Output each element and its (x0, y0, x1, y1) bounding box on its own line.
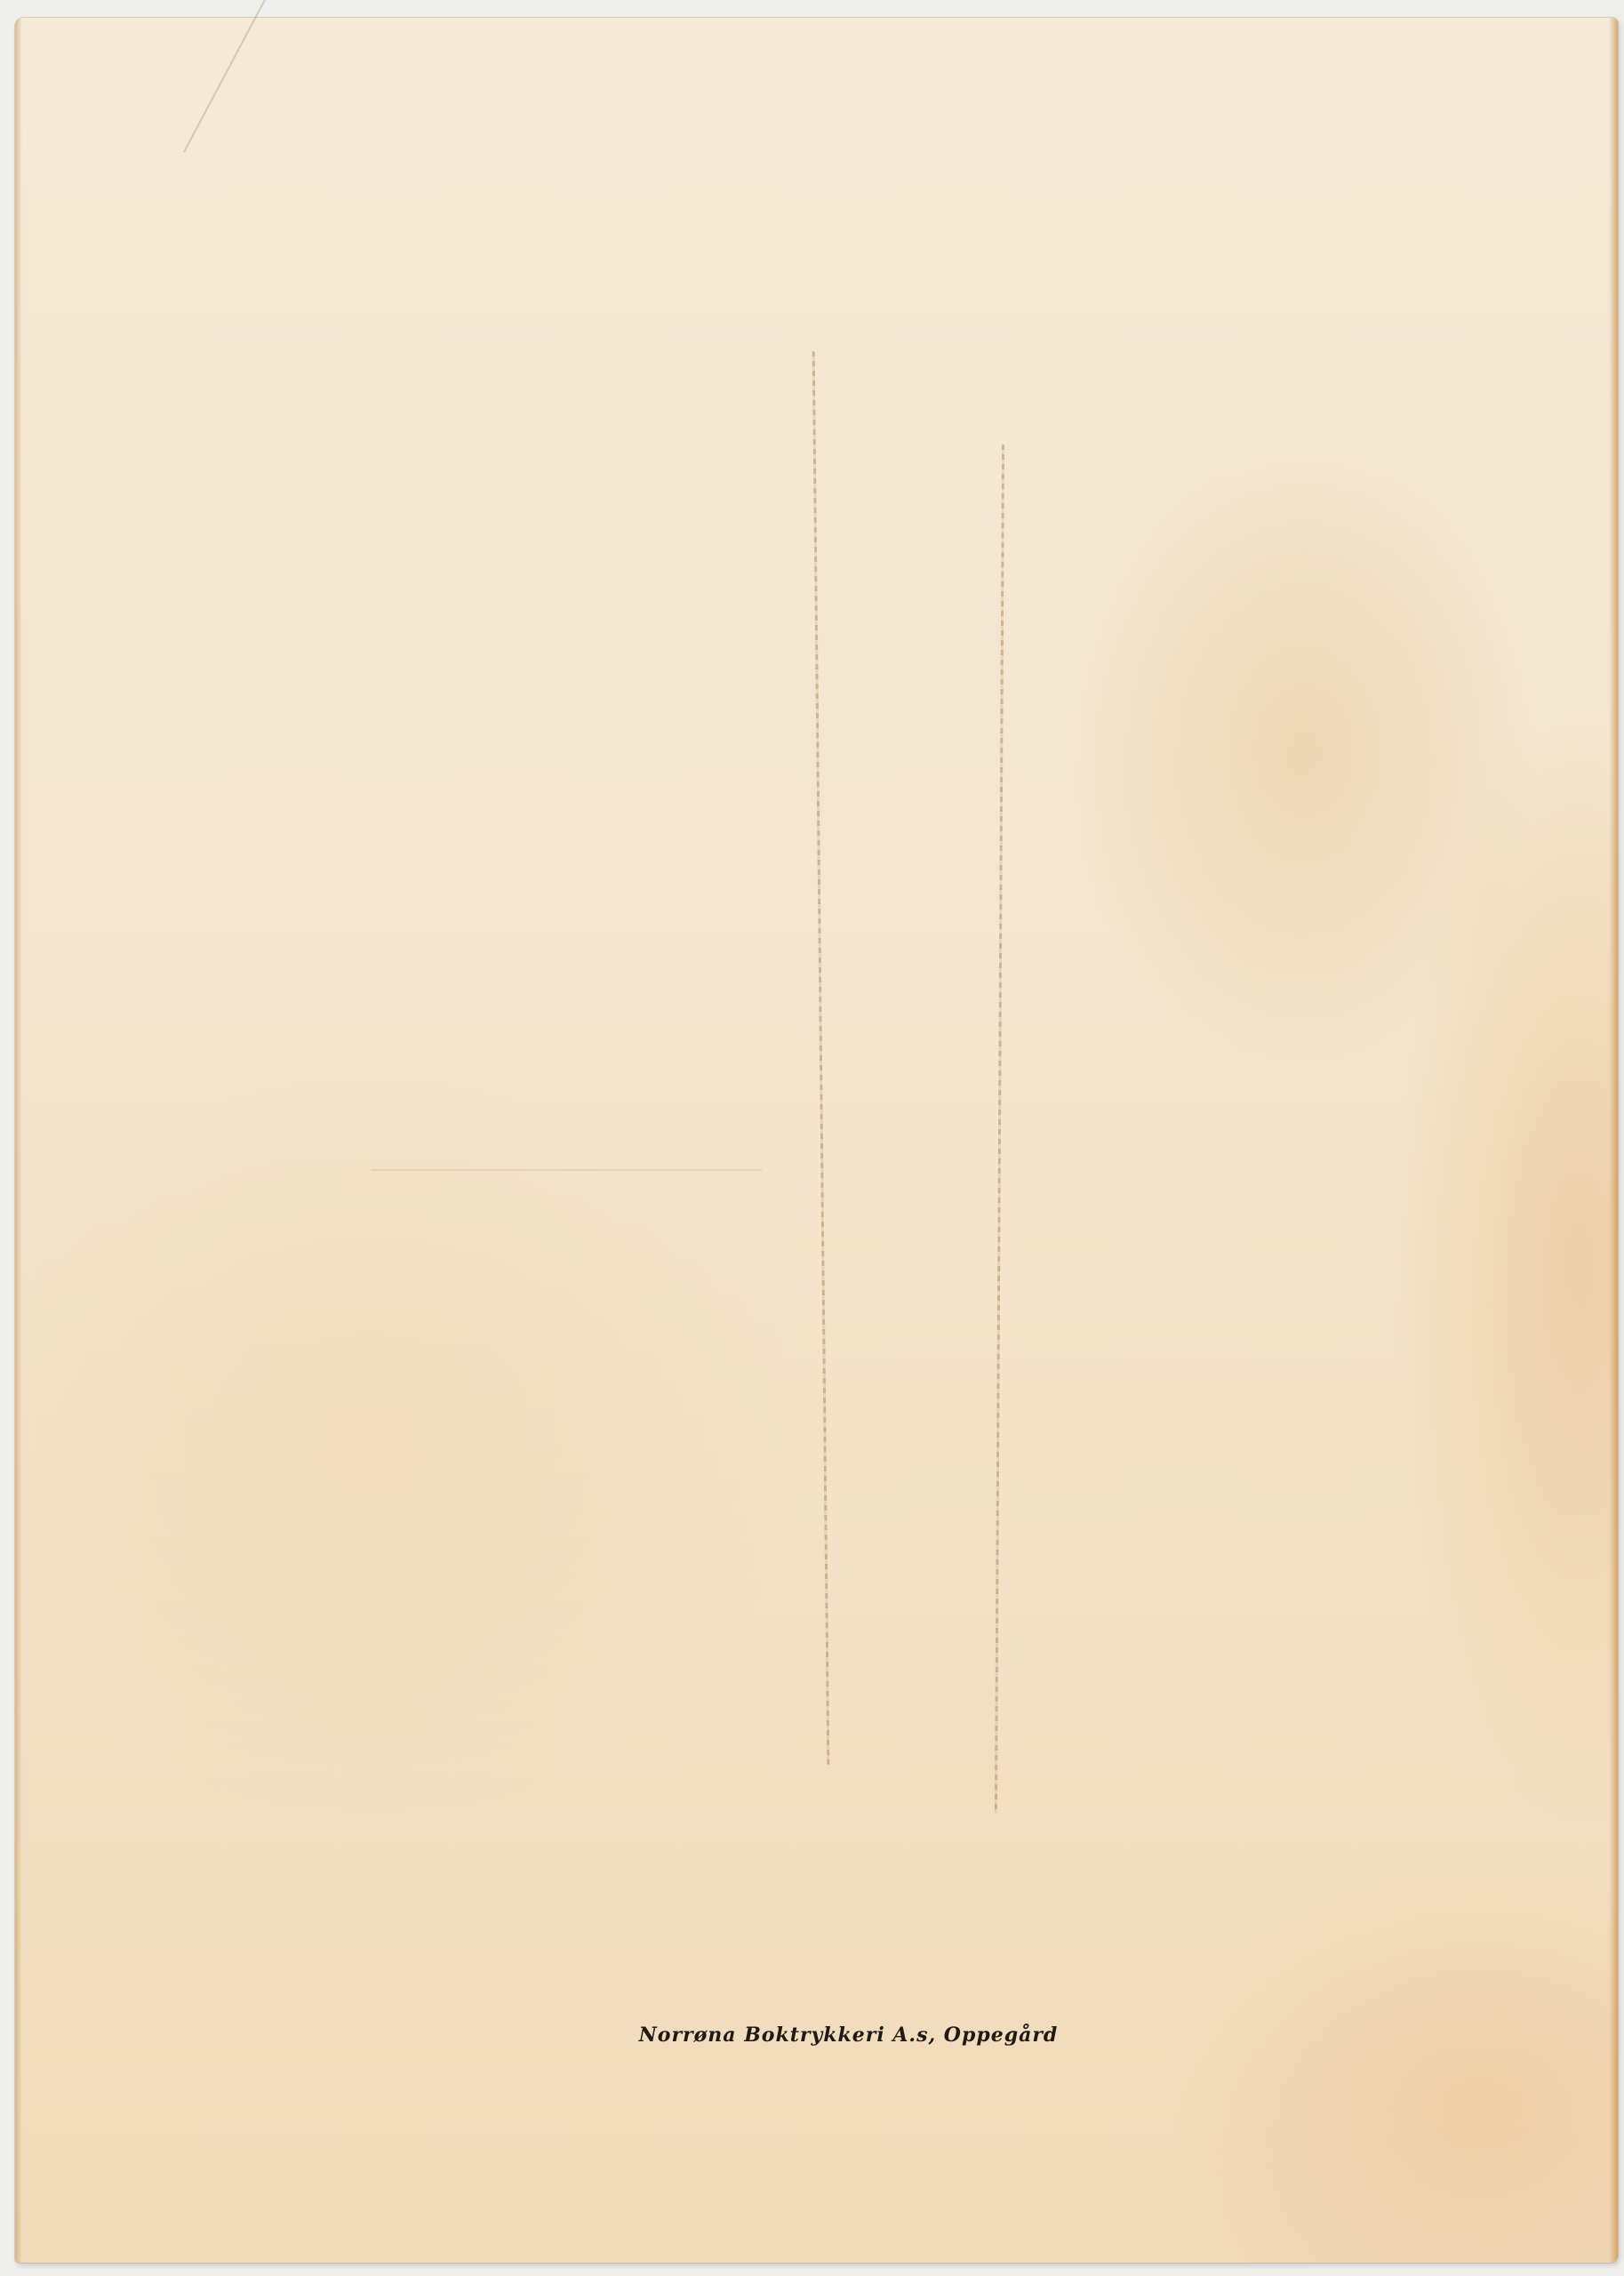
show-through-line-right (995, 445, 1004, 1814)
printer-imprint: Norrøna Boktrykkeri A.s, Oppegård (0, 2024, 1624, 2047)
show-through-line-left (812, 351, 830, 1765)
back-cover-page (15, 18, 1618, 2263)
paper-crease (183, 0, 281, 152)
show-through-rule (371, 1169, 762, 1171)
